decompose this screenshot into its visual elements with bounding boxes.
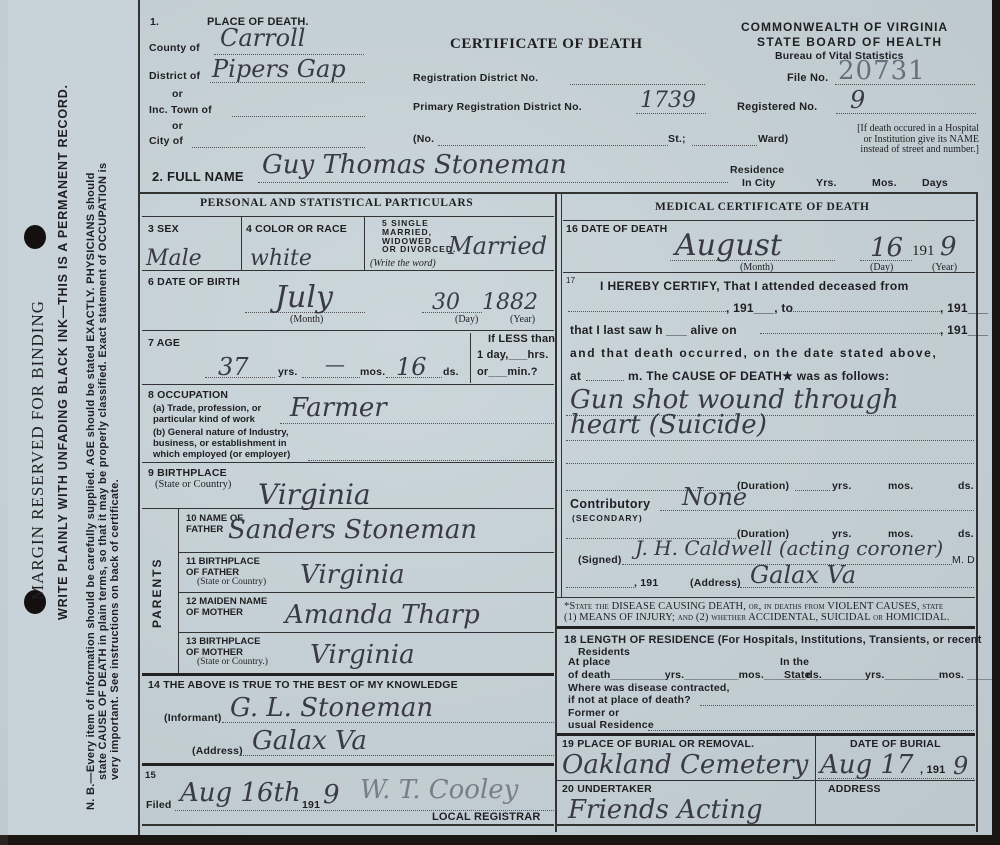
filed-date-value[interactable]: Aug 16th [180,778,301,808]
less-than-label: If LESS than [488,333,555,345]
certify-line-3-c: , 191___ [940,323,988,337]
dob-year-value[interactable]: 1882 [482,290,538,315]
occupation-b-label: (b) General nature of Industry, business… [153,427,290,460]
medical-heading: MEDICAL CERTIFICATE OF DEATH [655,201,870,213]
certificate-title: CERTIFICATE OF DEATH [450,36,643,53]
age-mos-label: mos. [360,366,385,378]
certify-line-3: that I last saw h ___ alive on [570,323,737,337]
contracted-label-1: Where was disease contracted, [568,682,730,694]
burial-year-suffix[interactable]: 9 [953,752,968,780]
burial-year-prefix: , 191 [920,764,945,776]
town-label: Inc. Town of [149,104,212,116]
margin-instructions: N. B.—Every item of Information should b… [85,163,121,810]
former-label-2: usual Residence [568,719,654,731]
less-than-min: or___min.? [477,366,538,378]
informant-label: (Informant) [164,712,222,724]
race-value[interactable]: white [250,246,312,271]
certify-line-4: and that death occurred, on the date sta… [570,346,937,360]
dod-month-value[interactable]: August [675,228,782,263]
district-value[interactable]: Pipers Gap [212,55,346,83]
margin-ink-note: WRITE PLAINLY WITH UNFADING BLACK INK—TH… [56,84,70,620]
burial-date-label: DATE OF BURIAL [850,738,941,750]
registration-district-label: Registration District No. [413,72,538,84]
occupation-label: 8 OCCUPATION [148,389,228,401]
at-place-label: At place [568,656,610,668]
dod-year-prefix: 191 [912,243,935,260]
section-15-number: 15 [145,770,156,781]
signed-label: (Signed) [578,554,622,566]
marital-value[interactable]: Married [448,232,547,260]
month-hint: (Month) [290,314,323,325]
in-the-label: In the [780,656,809,668]
city-label: City of [149,135,183,147]
father-birthplace-hint: (State or Country) [197,577,266,587]
father-birthplace-value[interactable]: Virginia [300,560,405,590]
age-label: 7 AGE [148,337,180,349]
filed-label: Filed [146,799,172,811]
age-ds-label: ds. [443,366,459,378]
certify-line-2-b: , 191___, to [726,301,793,315]
certify-line-5-cause: m. The CAUSE OF DEATH★ was as follows: [628,369,889,383]
sex-label: 3 SEX [148,223,179,235]
certificate-paper [0,0,992,835]
in-state-duration: State_________yrs._________mos. _______ … [784,669,1000,681]
registered-no-label: Registered No. [737,101,817,113]
yrs-label: Yrs. [816,177,837,189]
mother-name-value[interactable]: Amanda Tharp [285,600,480,630]
informant-address-value[interactable]: Galax Va [252,726,367,756]
burial-place-value[interactable]: Oakland Cemetery [562,750,808,780]
file-no-label: File No. [787,72,828,84]
contributory-label: Contributory [570,497,650,511]
county-label: County of [149,42,200,54]
day-hint: (Day) [455,314,478,325]
registrar-signature[interactable]: W. T. Cooley [360,775,518,805]
father-birthplace-label: 11 BIRTHPLACE OF FATHER [186,556,260,578]
section-17-number: 17 [566,276,575,285]
birthplace-hint: (State or Country) [155,479,231,490]
undertaker-address-label: ADDRESS [828,783,881,795]
mother-birthplace-label: 13 BIRTHPLACE OF MOTHER [186,636,260,658]
undertaker-label: 20 UNDERTAKER [562,783,652,795]
residence-length-label: 18 LENGTH OF RESIDENCE (For Hospitals, I… [564,634,982,646]
informant-value[interactable]: G. L. Stoneman [230,693,433,723]
cause-footnote: *State the DISEASE CAUSING DEATH, or, in… [564,601,949,623]
file-no-value[interactable]: 20731 [838,56,926,86]
occupation-a-label: (a) Trade, profession, or particular kin… [153,403,261,425]
dob-month-value[interactable]: July [275,280,333,315]
primary-registration-value[interactable]: 1739 [640,88,696,113]
md-label: M. D. [952,554,978,566]
age-months-value[interactable]: — [325,352,345,376]
agency-line-1: COMMONWEALTH OF VIRGINIA [741,20,948,34]
certify-line-1: I HEREBY CERTIFY, That I attended deceas… [600,279,909,293]
dob-label: 6 DATE OF BIRTH [148,276,240,288]
agency-line-2: STATE BOARD OF HEALTH [757,35,942,49]
burial-date-value[interactable]: Aug 17 [820,750,914,780]
race-label: 4 COLOR OR RACE [246,223,347,235]
undertaker-value[interactable]: Friends Acting [568,795,763,825]
occupation-value[interactable]: Farmer [290,393,387,423]
district-label: District of [149,70,200,82]
contributory-value[interactable]: None [682,483,747,511]
dod-day-value[interactable]: 16 [870,233,903,263]
mother-birthplace-value[interactable]: Virginia [310,640,415,670]
dob-day-value[interactable]: 30 [432,290,460,315]
primary-registration-label: Primary Registration District No. [413,101,582,113]
burial-place-label: 19 PLACE OF BURIAL OR REMOVAL. [562,738,754,750]
signed-value[interactable]: J. H. Caldwell (acting coroner) [635,536,943,560]
former-label-1: Former or [568,707,619,719]
filed-year-suffix[interactable]: 9 [323,780,340,810]
personal-particulars-heading: PERSONAL AND STATISTICAL PARTICULARS [200,197,473,209]
sex-value[interactable]: Male [146,246,202,271]
or-label: or [172,88,183,100]
mos-label: Mos. [872,177,897,189]
full-name-value[interactable]: Guy Thomas Stoneman [262,150,567,180]
year-hint: (Year) [510,314,535,325]
local-registrar-label: LOCAL REGISTRAR [432,811,541,823]
punch-hole-icon [24,225,46,249]
marital-status-label: 5 SINGLE MARRIED, WIDOWED OR DIVORCED. [382,219,456,254]
hospital-note: [If death occured in a Hospital or Insti… [854,124,979,156]
father-name-value[interactable]: Sanders Stoneman [228,515,477,545]
informant-statement: 14 THE ABOVE IS TRUE TO THE BEST OF MY K… [148,679,458,691]
informant-address-label: (Address) [192,745,243,757]
ward-label: Ward) [758,133,788,145]
birthplace-value[interactable]: Virginia [258,478,371,511]
cause-of-death-line-2[interactable]: heart (Suicide) [570,410,767,440]
date-of-death-label: 16 DATE OF DEATH [566,223,667,235]
duration-yrs: yrs. [832,480,851,492]
duration-ds-2: ds. [958,528,974,540]
mother-name-label: 12 MAIDEN NAME OF MOTHER [186,596,267,618]
registered-no-value[interactable]: 9 [850,86,865,114]
duration-mos: mos. [888,480,913,492]
filed-year-prefix: 191 [302,799,320,811]
duration-ds: ds. [958,480,974,492]
age-days-value[interactable]: 16 [396,353,427,381]
full-name-label: 2. FULL NAME [152,169,244,184]
parents-side-label: PARENTS [150,558,164,628]
certify-line-2-d: , 191___ [940,301,988,315]
in-city-label: In City [742,177,776,189]
or-label: or [172,120,183,132]
certify-line-5-at: at [570,369,581,383]
section-1-number: 1. [150,16,159,28]
residence-label: Residence [730,164,784,176]
mother-birthplace-hint: (State or Country.) [197,657,268,667]
birthplace-label: 9 BIRTHPLACE [148,467,227,479]
dod-year-suffix[interactable]: 9 [940,232,957,262]
secondary-label: (SECONDARY) [572,513,643,523]
sign-year: , 191 [634,577,658,589]
street-label: St.; [668,133,686,145]
marital-hint: (Write the word) [370,258,436,269]
age-yrs-label: yrs. [278,366,297,378]
less-than-hrs: 1 day,___hrs. [477,349,549,361]
physician-address-label: (Address) [690,577,741,589]
physician-address-value[interactable]: Galax Va [750,561,856,589]
contracted-label-2: if not at place of death? [568,694,691,706]
days-label: Days [922,177,948,189]
margin-binding-note: MARGIN RESERVED FOR BINDING [28,300,48,600]
street-no-label: (No. [413,133,434,145]
county-value[interactable]: Carroll [220,24,305,52]
age-years-value[interactable]: 37 [218,353,249,381]
